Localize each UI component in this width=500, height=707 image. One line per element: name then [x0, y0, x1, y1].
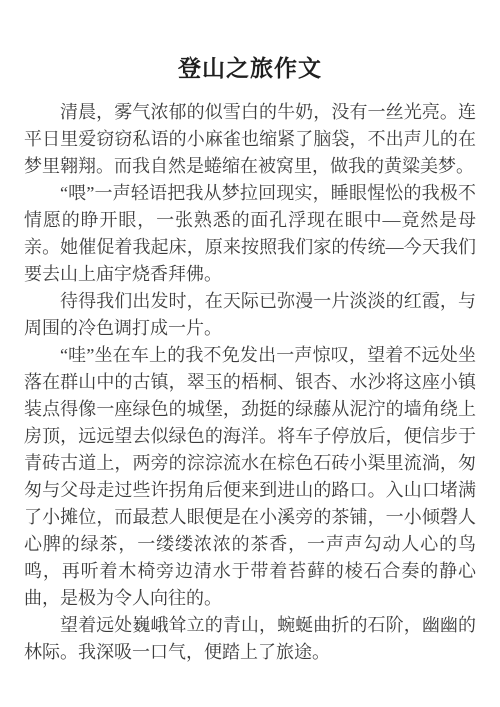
- document-page: 登山之旅作文 清晨，雾气浓郁的似雪白的牛奶，没有一丝光亮。连平日里爱窃窃私语的小…: [0, 0, 500, 707]
- essay-paragraph: 清晨，雾气浓郁的似雪白的牛奶，没有一丝光亮。连平日里爱窃窃私语的小麻雀也缩紧了脑…: [24, 99, 476, 180]
- essay-body: 清晨，雾气浓郁的似雪白的牛奶，没有一丝光亮。连平日里爱窃窃私语的小麻雀也缩紧了脑…: [0, 99, 500, 666]
- essay-paragraph: 望着远处巍峨耸立的青山，蜿蜒曲折的石阶，幽幽的林际。我深吸一口气，便踏上了旅途。: [24, 612, 476, 666]
- essay-title: 登山之旅作文: [0, 52, 500, 84]
- essay-paragraph: “喂”一声轻语把我从梦拉回现实，睡眼惺忪的我极不情愿的睁开眼，一张熟悉的面孔浮现…: [24, 180, 476, 288]
- essay-paragraph: 待得我们出发时，在天际已弥漫一片淡淡的红霞，与周围的冷色调打成一片。: [24, 288, 476, 342]
- essay-paragraph: “哇”坐在车上的我不免发出一声惊叹，望着不远处坐落在群山中的古镇，翠玉的梧桐、银…: [24, 342, 476, 612]
